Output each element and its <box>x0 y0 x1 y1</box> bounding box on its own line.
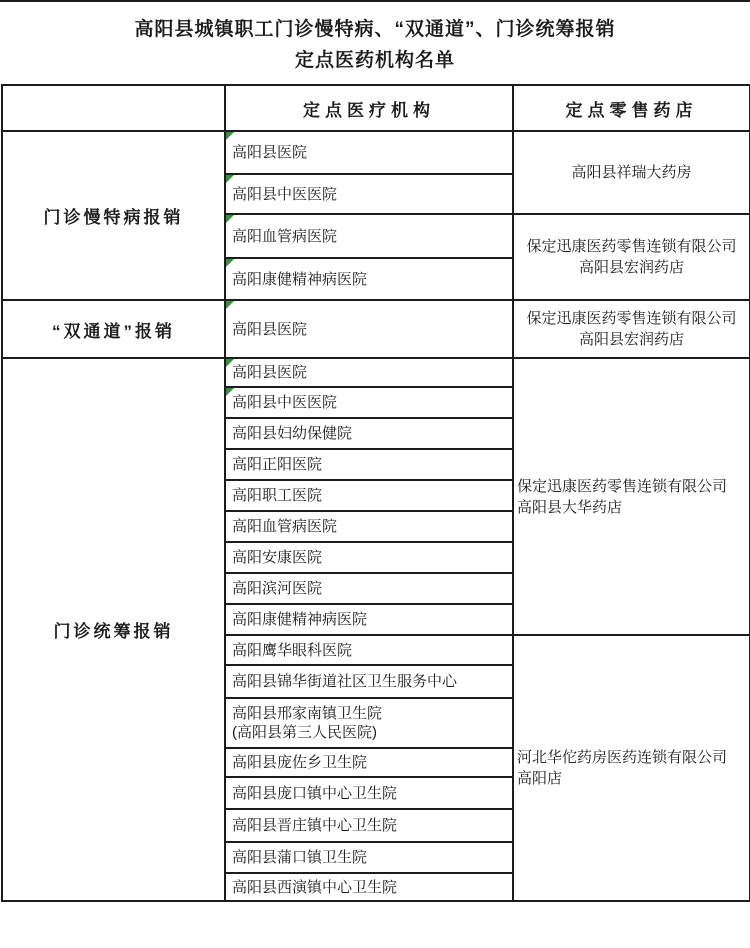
header-pharmacy-label: 定点零售药店 <box>566 96 698 121</box>
pharmacy-cell: 高阳县祥瑞大药房 <box>513 131 750 214</box>
hospital-cell: 高阳正阳医院 <box>225 449 513 480</box>
pharmacy-cell: 保定迅康医药零售连锁有限公司 高阳县宏润药店 <box>513 300 750 358</box>
hospital-name: 高阳县邢家南镇卫生院 (高阳县第三人民医院) <box>232 704 382 742</box>
pharmacy-name: 保定迅康医药零售连锁有限公司 高阳县宏润药店 <box>526 236 736 278</box>
table-header-row: 定点医疗机构 定点零售药店 <box>2 85 750 131</box>
hospital-name: 高阳滨河医院 <box>232 579 322 598</box>
hospital-name: 高阳职工医院 <box>232 486 322 505</box>
hospital-cell: 高阳县邢家南镇卫生院 (高阳县第三人民医院) <box>225 698 513 748</box>
hospital-cell: 高阳县蒲口镇卫生院 <box>225 842 513 873</box>
category-cell-outpatient: 门诊统筹报销 <box>2 358 225 901</box>
header-pharmacy-cell: 定点零售药店 <box>513 85 750 131</box>
hospital-name: 高阳县晋庄镇中心卫生院 <box>232 816 397 835</box>
pharmacy-name: 河北华佗药房医药连锁有限公司 高阳店 <box>517 747 727 789</box>
hospital-name: 高阳县医院 <box>232 363 307 382</box>
hospital-cell: 高阳县中医医院 <box>225 387 513 418</box>
pharmacy-name: 高阳县祥瑞大药房 <box>571 162 691 183</box>
title-line-2: 定点医药机构名单 <box>10 45 740 76</box>
category-cell-dualchannel: “双通道”报销 <box>2 300 225 358</box>
document-title: 高阳县城镇职工门诊慢特病、“双通道”、门诊统筹报销 定点医药机构名单 <box>0 2 750 84</box>
hospital-cell: 高阳血管病医院 <box>225 214 513 258</box>
category-label: 门诊慢特病报销 <box>44 203 184 228</box>
category-cell-chronic: 门诊慢特病报销 <box>2 131 225 300</box>
hospital-name: 高阳血管病医院 <box>232 517 337 536</box>
hospital-name: 高阳安康医院 <box>232 548 322 567</box>
cell-flag-icon <box>226 388 234 396</box>
institution-table: 定点医疗机构 定点零售药店 门诊慢特病报销 高阳县医院 高阳县祥瑞大药房 高阳县… <box>1 84 750 902</box>
cell-flag-icon <box>226 359 234 367</box>
hospital-cell: 高阳县西演镇中心卫生院 <box>225 873 513 901</box>
header-medical-label: 定点医疗机构 <box>303 96 435 121</box>
cell-flag-icon <box>226 215 234 223</box>
hospital-name: 高阳县锦华街道社区卫生服务中心 <box>232 672 457 691</box>
hospital-name: 高阳康健精神病医院 <box>232 610 367 629</box>
hospital-cell: 高阳县医院 <box>225 131 513 174</box>
hospital-cell: 高阳血管病医院 <box>225 511 513 542</box>
hospital-name: 高阳鹰华眼科医院 <box>232 641 352 660</box>
hospital-cell: 高阳县中医医院 <box>225 174 513 214</box>
table-row: 门诊统筹报销 高阳县医院 保定迅康医药零售连锁有限公司 高阳县大华药店 <box>2 358 750 387</box>
category-label: 门诊统筹报销 <box>54 617 174 642</box>
title-line-1: 高阳县城镇职工门诊慢特病、“双通道”、门诊统筹报销 <box>10 14 740 45</box>
hospital-name: 高阳县庞佐乡卫生院 <box>232 753 367 772</box>
hospital-cell: 高阳康健精神病医院 <box>225 604 513 635</box>
hospital-cell: 高阳安康医院 <box>225 542 513 573</box>
hospital-name: 高阳县中医医院 <box>232 185 337 204</box>
hospital-cell: 高阳县妇幼保健院 <box>225 418 513 449</box>
pharmacy-cell: 保定迅康医药零售连锁有限公司 高阳县大华药店 <box>513 358 750 635</box>
hospital-cell: 高阳县锦华街道社区卫生服务中心 <box>225 665 513 698</box>
hospital-name: 高阳县中医医院 <box>232 393 337 412</box>
hospital-cell: 高阳职工医院 <box>225 480 513 511</box>
header-medical-cell: 定点医疗机构 <box>225 85 513 131</box>
document-page: 高阳县城镇职工门诊慢特病、“双通道”、门诊统筹报销 定点医药机构名单 定点医疗机… <box>0 0 750 902</box>
category-label: “双通道”报销 <box>52 317 175 342</box>
hospital-name: 高阳县蒲口镇卫生院 <box>232 848 367 867</box>
cell-flag-icon <box>226 175 234 183</box>
hospital-cell: 高阳县医院 <box>225 358 513 387</box>
header-category-cell <box>2 85 225 131</box>
hospital-name: 高阳县妇幼保健院 <box>232 424 352 443</box>
hospital-cell: 高阳县庞佐乡卫生院 <box>225 748 513 777</box>
pharmacy-name: 保定迅康医药零售连锁有限公司 高阳县宏润药店 <box>526 308 736 350</box>
hospital-name: 高阳县庞口镇中心卫生院 <box>232 784 397 803</box>
table-row: 门诊慢特病报销 高阳县医院 高阳县祥瑞大药房 <box>2 131 750 174</box>
hospital-cell: 高阳县晋庄镇中心卫生院 <box>225 809 513 842</box>
hospital-cell: 高阳滨河医院 <box>225 573 513 604</box>
hospital-name: 高阳康健精神病医院 <box>232 270 367 289</box>
hospital-name: 高阳正阳医院 <box>232 455 322 474</box>
hospital-name: 高阳县医院 <box>232 320 307 339</box>
hospital-name: 高阳血管病医院 <box>232 227 337 246</box>
hospital-name: 高阳县西演镇中心卫生院 <box>232 878 397 897</box>
cell-flag-icon <box>226 259 234 267</box>
cell-flag-icon <box>226 132 234 140</box>
pharmacy-name: 保定迅康医药零售连锁有限公司 高阳县大华药店 <box>517 476 727 518</box>
cell-flag-icon <box>226 301 234 309</box>
hospital-cell: 高阳鹰华眼科医院 <box>225 635 513 665</box>
hospital-cell: 高阳县医院 <box>225 300 513 358</box>
pharmacy-cell: 河北华佗药房医药连锁有限公司 高阳店 <box>513 635 750 901</box>
hospital-name: 高阳县医院 <box>232 143 307 162</box>
hospital-cell: 高阳康健精神病医院 <box>225 258 513 300</box>
table-row: “双通道”报销 高阳县医院 保定迅康医药零售连锁有限公司 高阳县宏润药店 <box>2 300 750 358</box>
hospital-cell: 高阳县庞口镇中心卫生院 <box>225 777 513 809</box>
pharmacy-cell: 保定迅康医药零售连锁有限公司 高阳县宏润药店 <box>513 214 750 300</box>
